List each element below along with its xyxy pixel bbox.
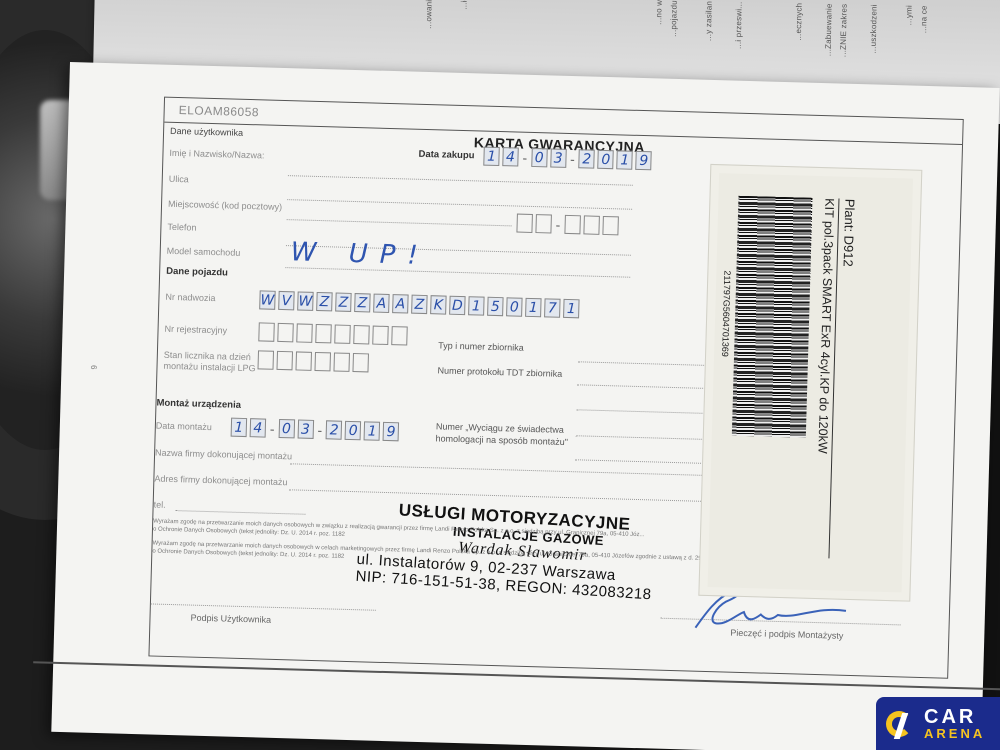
postal-code-field[interactable]: -	[516, 214, 618, 236]
vin-char: 7	[544, 298, 561, 317]
page-fragment: ...pojazdu	[669, 0, 679, 37]
postal-digit	[516, 214, 533, 233]
reg-char	[296, 323, 313, 342]
homologation-label-2: homologacji na sposób montażu"	[435, 433, 568, 447]
reg-char	[258, 322, 275, 341]
vin-char: Z	[335, 293, 352, 312]
company-name-label: Nazwa firmy dokonującej montażu	[155, 448, 292, 462]
purchase-date-label: Data zakupu	[418, 149, 474, 162]
section-vehicle-data: Dane pojazdu	[166, 266, 228, 279]
page-marker: 6	[89, 365, 98, 370]
barcode	[732, 196, 813, 438]
postal-digit	[564, 215, 581, 234]
logo-line-1: CAR	[924, 707, 985, 727]
date-digit: 2	[579, 149, 596, 168]
reg-char	[391, 326, 408, 345]
reg-char	[315, 324, 332, 343]
company-name-input-line[interactable]	[290, 463, 750, 477]
postal-digit	[602, 216, 619, 235]
odo-digit	[257, 350, 274, 369]
date-separator: -	[317, 422, 322, 438]
page-fragment: ...i przeswi...	[734, 1, 744, 49]
date-digit: 4	[502, 147, 519, 166]
page-fragment: ...owanie	[424, 0, 434, 29]
warranty-card: 6 ELOAM86058 KARTA GWARANCYJNA Dane użyt…	[51, 62, 999, 750]
car-model-value: W UP!	[290, 237, 430, 271]
company-address-input-line[interactable]	[289, 489, 749, 503]
vin-char: 0	[506, 297, 523, 316]
date-digit: 3	[550, 148, 567, 167]
vin-char: K	[430, 295, 447, 314]
barcode-number: 211797G5604701369	[720, 270, 732, 357]
tank-type-label: Typ i numer zbiornika	[438, 340, 524, 352]
odometer-field[interactable]	[257, 350, 368, 372]
date-separator: -	[570, 151, 575, 167]
install-date-label: Data montażu	[156, 421, 212, 433]
page-fragment: ...y zasilan	[704, 1, 714, 41]
city-label: Miejscowość (kod pocztowy)	[168, 199, 282, 212]
date-digit: 0	[531, 148, 548, 167]
odo-digit	[333, 352, 350, 371]
reg-char	[372, 326, 389, 345]
date-digit: 4	[250, 418, 267, 437]
phone-label: Telefon	[167, 222, 196, 233]
city-input-line[interactable]	[287, 219, 512, 226]
user-signature-label: Podpis Użytkownika	[190, 613, 271, 625]
page-fragment: ...uszkodzeni	[869, 4, 879, 53]
vin-char: 1	[468, 296, 485, 315]
section-installation: Montaż urządzenia	[156, 398, 241, 411]
vin-char: D	[449, 296, 466, 315]
tel-input-line[interactable]	[176, 510, 306, 515]
page-fragment: ...ecznych	[794, 3, 804, 41]
date-separator: -	[270, 420, 275, 436]
logo-line-2: ARENA	[924, 727, 985, 740]
street-input-line[interactable]	[287, 199, 632, 210]
purchase-date-field[interactable]: 1 4 - 0 3 - 2 0 1 9	[483, 147, 652, 171]
postal-separator: -	[555, 216, 560, 232]
date-digit: 0	[598, 150, 615, 169]
odo-digit	[276, 351, 293, 370]
section-user-data: Dane użytkownika	[170, 126, 243, 138]
date-digit: 1	[364, 421, 381, 440]
page-fragment: ...ymi	[904, 5, 913, 25]
car-arena-logo: CAR ARENA	[876, 697, 1000, 750]
date-digit: 3	[297, 419, 314, 438]
odo-digit	[314, 352, 331, 371]
registration-label: Nr rejestracyjny	[164, 324, 227, 336]
vin-char: Z	[316, 292, 333, 311]
vin-char: Z	[354, 293, 371, 312]
date-digit: 9	[383, 422, 400, 441]
reg-char	[334, 324, 351, 343]
vin-char: A	[373, 294, 390, 313]
vin-field[interactable]: WVWZZZAAZKD150171	[259, 290, 579, 318]
page-fragment: ...ZNIE zakres	[839, 4, 849, 58]
page-fragment: ...Zabuewanie	[824, 3, 834, 56]
date-digit: 2	[326, 420, 343, 439]
car-model-label: Model samochodu	[167, 246, 241, 258]
vin-char: W	[297, 291, 314, 310]
install-date-field[interactable]: 1 4 - 0 3 - 2 0 1 9	[231, 418, 400, 442]
page-fragment: ...no w	[654, 0, 664, 25]
car-arena-logo-icon	[886, 709, 916, 739]
vin-char: Z	[411, 295, 428, 314]
vin-char: 5	[487, 297, 504, 316]
odo-digit	[352, 353, 369, 372]
user-signature-line[interactable]	[151, 603, 376, 610]
name-label: Imię i Nazwisko/Nazwa:	[169, 148, 264, 161]
postal-digit	[583, 215, 600, 234]
tel-label: tel.	[154, 500, 166, 510]
page-fragment: ...na ce	[919, 5, 929, 33]
odo-digit	[295, 351, 312, 370]
vin-char: W	[259, 290, 276, 309]
odometer-label-2: montażu instalacji LPG	[163, 361, 255, 374]
reg-char	[353, 325, 370, 344]
homologation-label-1: Numer „Wyciągu ze świadectwa	[436, 421, 564, 435]
vin-char: 1	[563, 299, 580, 318]
date-digit: 0	[278, 419, 295, 438]
date-digit: 1	[231, 418, 248, 437]
street-label: Ulica	[169, 174, 189, 185]
product-sticker: 211797G5604701369 KIT pol.3pack SMART Ex…	[698, 164, 922, 602]
vin-label: Nr nadwozia	[165, 292, 215, 303]
tdt-protocol-label: Numer protokołu TDT zbiornika	[437, 365, 562, 378]
reg-char	[277, 323, 294, 342]
plant-code: Plant: D912	[841, 199, 858, 267]
postal-digit	[535, 214, 552, 233]
vin-char: A	[392, 294, 409, 313]
vin-char: V	[278, 291, 295, 310]
date-digit: 0	[345, 421, 362, 440]
company-address-label: Adres firmy dokonującej montażu	[154, 474, 287, 488]
date-separator: -	[522, 149, 527, 165]
date-digit: 9	[636, 151, 653, 170]
car-model-input-line[interactable]	[285, 267, 630, 278]
serial-number: ELOAM86058	[179, 103, 260, 119]
vin-char: 1	[525, 298, 542, 317]
page-fragment: ...ie	[459, 0, 468, 10]
date-digit: 1	[483, 147, 500, 166]
registration-field[interactable]	[258, 322, 407, 345]
name-input-line[interactable]	[288, 175, 633, 186]
date-digit: 1	[617, 150, 634, 169]
